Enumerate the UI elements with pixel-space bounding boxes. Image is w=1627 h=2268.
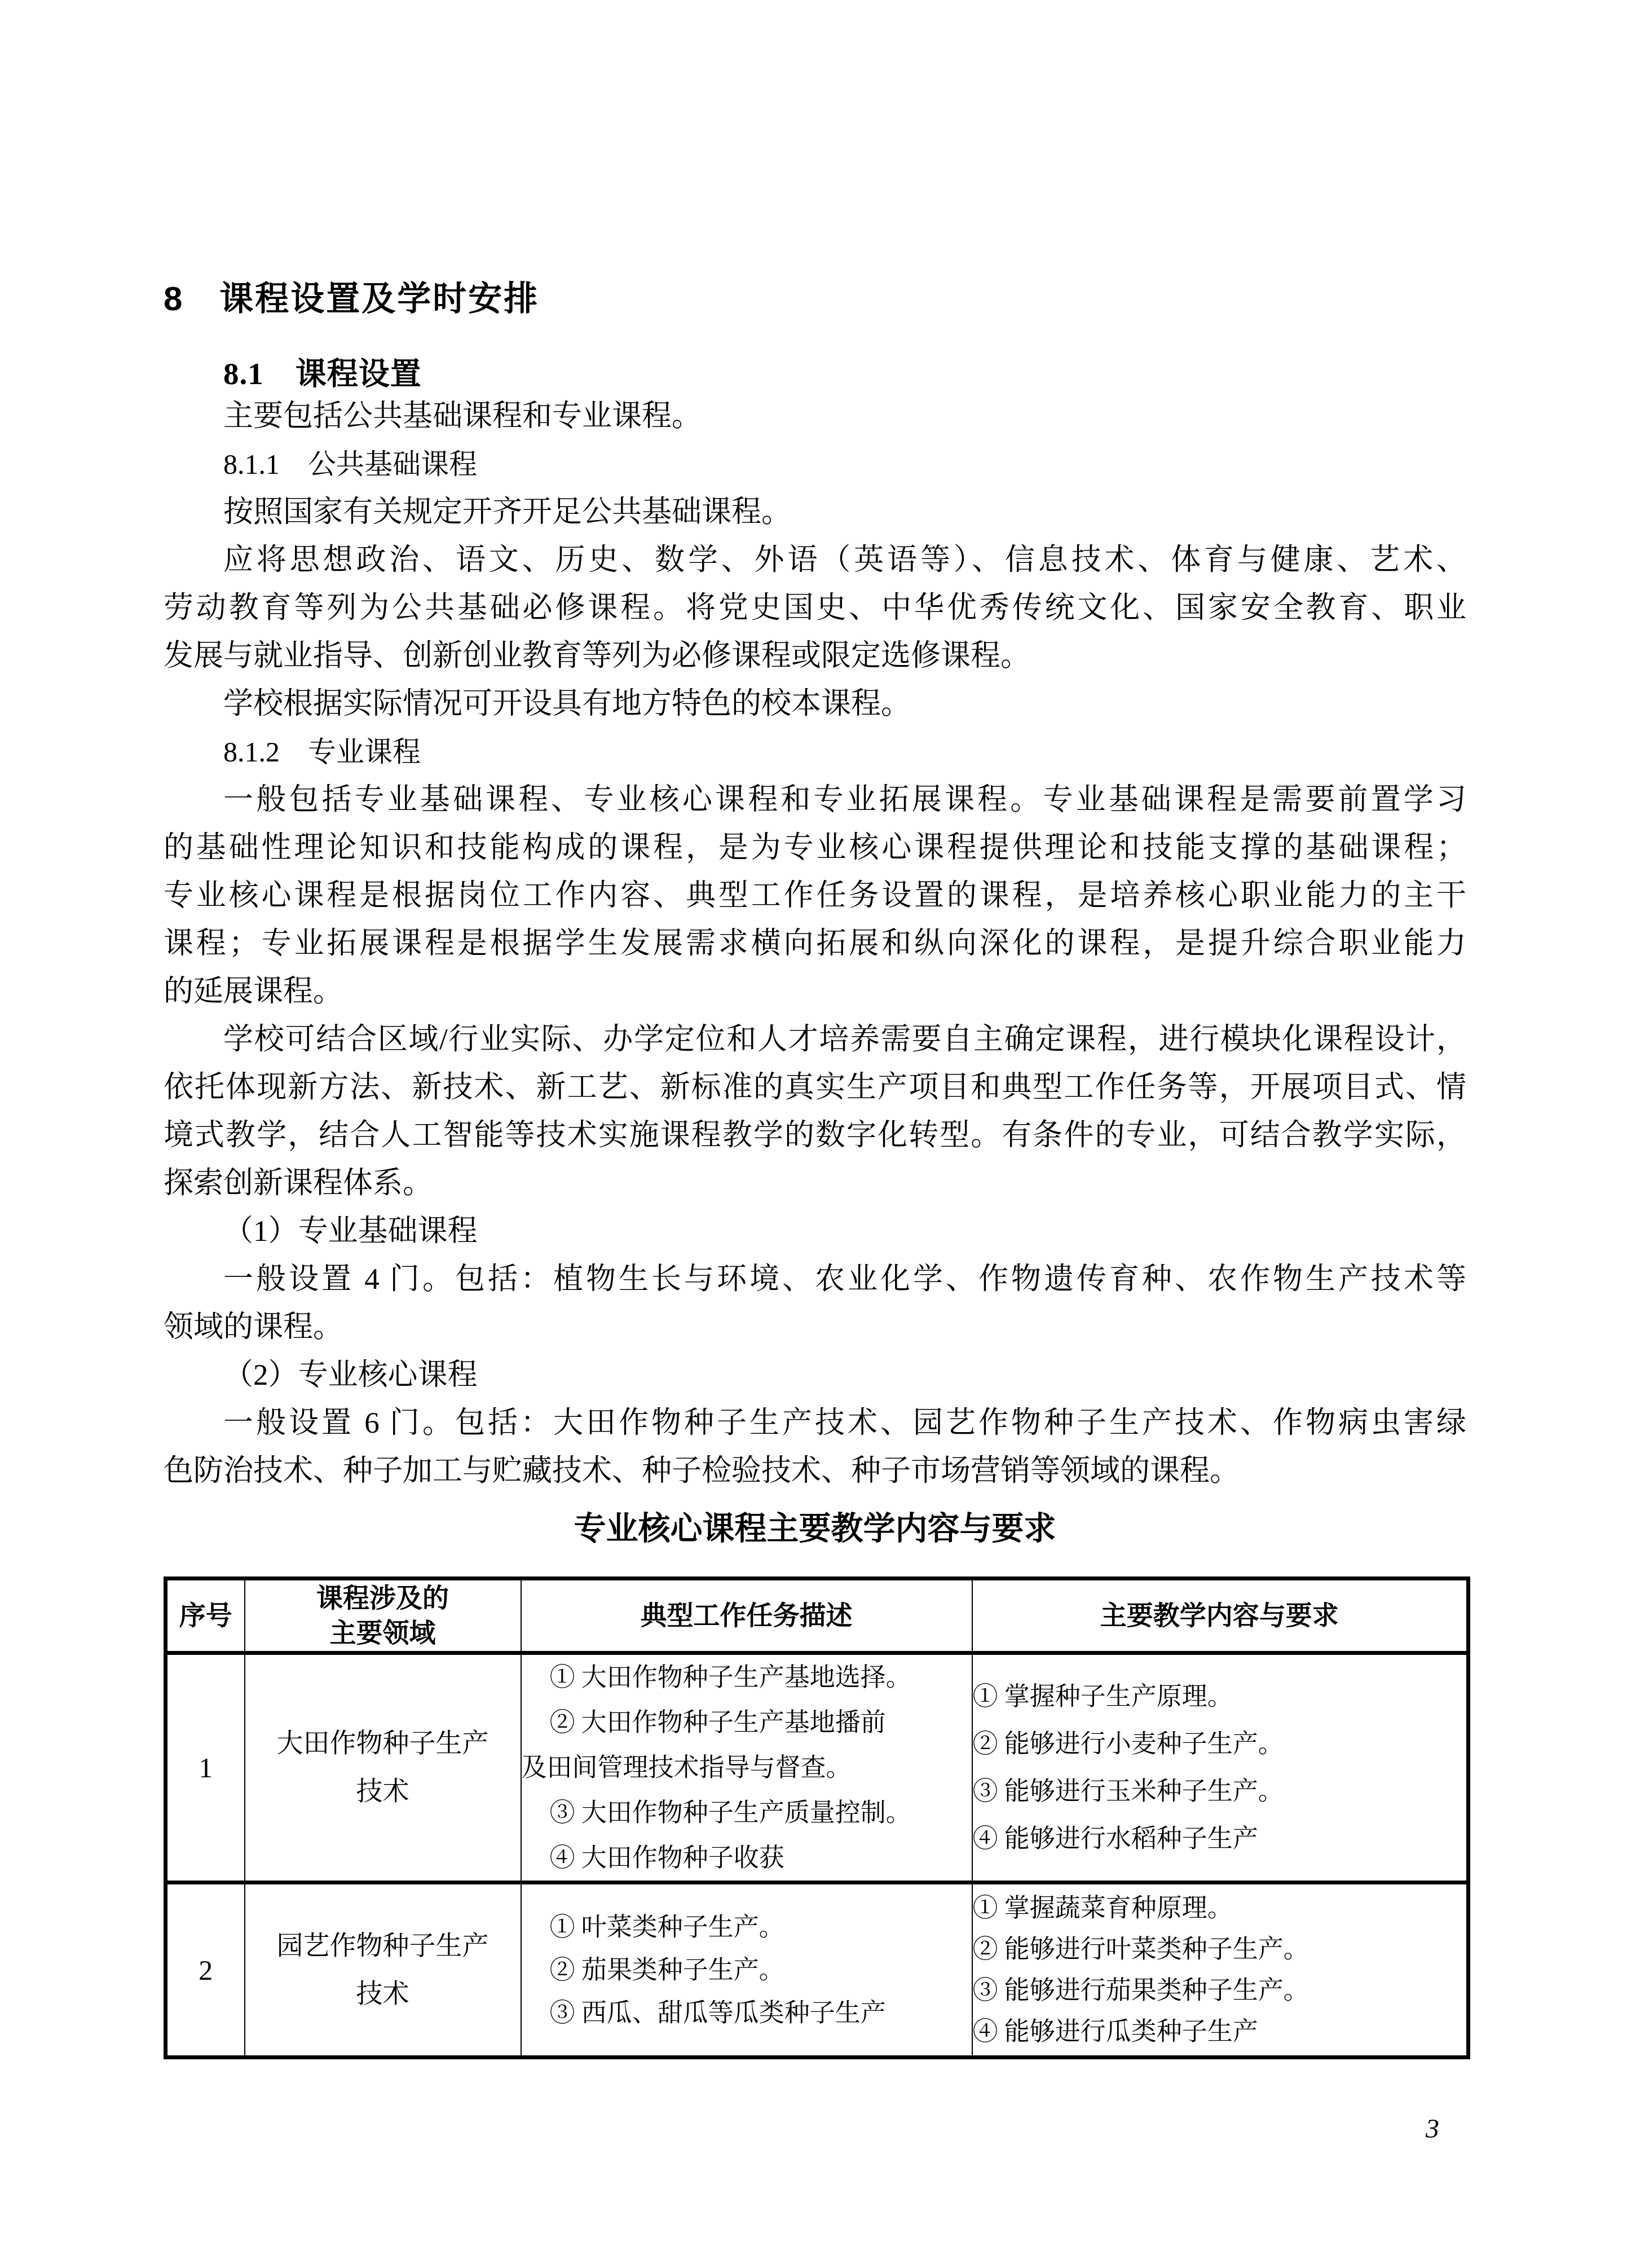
task-item: ③ 西瓜、甜瓜等瓜类种子生产 (522, 1992, 972, 2034)
paragraph-line: 应将思想政治、语文、历史、数学、外语（英语等）、信息技术、体育与健康、艺术、 (164, 536, 1466, 584)
row-domain: 园艺作物种子生产 技术 (245, 1883, 521, 2058)
core-course-table: 序号 课程涉及的 主要领域 典型工作任务描述 主要教学内容与要求 1 大田作物种… (164, 1576, 1470, 2059)
row-requirements: ① 掌握蔬菜育种原理。 ② 能够进行叶菜类种子生产。 ③ 能够进行茄果类种子生产… (972, 1883, 1469, 2058)
requirement-item: ③ 能够进行玉米种子生产。 (973, 1768, 1467, 1815)
page-number: 3 (1426, 2112, 1439, 2146)
table-header-row: 序号 课程涉及的 主要领域 典型工作任务描述 主要教学内容与要求 (166, 1579, 1469, 1653)
header-domain-line1: 课程涉及的 (245, 1581, 521, 1616)
row-domain-line1: 园艺作物种子生产 (245, 1922, 521, 1970)
paragraph-line: 课程；专业拓展课程是根据学生发展需求横向拓展和纵向深化的课程，是提升综合职业能力 (164, 920, 1466, 968)
page-content: 8 课程设置及学时安排 8.1 课程设置 主要包括公共基础课程和专业课程。 8.… (164, 280, 1466, 2059)
table-row: 1 大田作物种子生产 技术 ① 大田作物种子生产基地选择。 ② 大田作物种子生产… (166, 1653, 1469, 1883)
task-item-continuation: 及田间管理技术指导与督查。 (522, 1745, 972, 1790)
document-page: { "content": { "lines": [ "8 课程设置及学时安排",… (0, 0, 1627, 2268)
requirement-item: ① 掌握蔬菜育种原理。 (973, 1888, 1467, 1929)
requirement-item: ④ 能够进行瓜类种子生产 (973, 2011, 1467, 2053)
header-cell-requirements: 主要教学内容与要求 (972, 1579, 1469, 1653)
paragraph-line: 学校可结合区域/行业实际、办学定位和人才培养需要自主确定课程，进行模块化课程设计… (164, 1016, 1466, 1064)
subsection-heading-811: 8.1.1 公共基础课程 (164, 441, 1466, 488)
requirement-item: ① 掌握种子生产原理。 (973, 1673, 1467, 1720)
task-item: ④ 大田作物种子收获 (522, 1835, 972, 1881)
subsection-heading-812: 8.1.2 专业课程 (164, 728, 1466, 776)
header-domain-line2: 主要领域 (245, 1616, 521, 1651)
requirement-item: ③ 能够进行茄果类种子生产。 (973, 1970, 1467, 2011)
chapter-heading: 8 课程设置及学时安排 (164, 280, 1466, 318)
paragraph-line: 的延展课程。 (164, 968, 1466, 1016)
list-heading-basic-courses: （1）专业基础课程 (164, 1208, 1466, 1256)
paragraph-line: 探索创新课程体系。 (164, 1160, 1466, 1208)
header-cell-domain: 课程涉及的 主要领域 (245, 1579, 521, 1653)
table-title: 专业核心课程主要教学内容与要求 (164, 1505, 1466, 1552)
paragraph-line: 依托体现新方法、新技术、新工艺、新标准的真实生产项目和典型工作任务等，开展项目式… (164, 1064, 1466, 1112)
row-requirements: ① 掌握种子生产原理。 ② 能够进行小麦种子生产。 ③ 能够进行玉米种子生产。 … (972, 1653, 1469, 1883)
row-number: 2 (166, 1883, 245, 2058)
header-cell-number: 序号 (166, 1579, 245, 1653)
requirement-item: ④ 能够进行水稻种子生产 (973, 1815, 1467, 1862)
table-row: 2 园艺作物种子生产 技术 ① 叶菜类种子生产。 ② 茄果类种子生产。 ③ 西瓜… (166, 1883, 1469, 2058)
task-item: ② 大田作物种子生产基地播前 (522, 1700, 972, 1745)
row-tasks: ① 叶菜类种子生产。 ② 茄果类种子生产。 ③ 西瓜、甜瓜等瓜类种子生产 (521, 1883, 972, 2058)
paragraph-line: 一般设置 4 门。包括：植物生长与环境、农业化学、作物遗传育种、农作物生产技术等 (164, 1256, 1466, 1303)
task-item: ① 叶菜类种子生产。 (522, 1906, 972, 1949)
paragraph-line: 一般设置 6 门。包括：大田作物种子生产技术、园艺作物种子生产技术、作物病虫害绿 (164, 1399, 1466, 1447)
row-domain: 大田作物种子生产 技术 (245, 1653, 521, 1883)
paragraph-line: 按照国家有关规定开齐开足公共基础课程。 (164, 488, 1466, 536)
paragraph-line: 色防治技术、种子加工与贮藏技术、种子检验技术、种子市场营销等领域的课程。 (164, 1447, 1466, 1495)
row-domain-line1: 大田作物种子生产 (245, 1720, 521, 1768)
requirement-item: ② 能够进行小麦种子生产。 (973, 1720, 1467, 1768)
list-heading-core-courses: （2）专业核心课程 (164, 1351, 1466, 1399)
paragraph-line: 一般包括专业基础课程、专业核心课程和专业拓展课程。专业基础课程是需要前置学习 (164, 776, 1466, 824)
paragraph-line: 专业核心课程是根据岗位工作内容、典型工作任务设置的课程，是培养核心职业能力的主干 (164, 872, 1466, 920)
paragraph-line: 学校根据实际情况可开设具有地方特色的校本课程。 (164, 680, 1466, 728)
task-item: ① 大田作物种子生产基地选择。 (522, 1655, 972, 1700)
requirement-item: ② 能够进行叶菜类种子生产。 (973, 1929, 1467, 1970)
row-number: 1 (166, 1653, 245, 1883)
header-cell-tasks: 典型工作任务描述 (521, 1579, 972, 1653)
row-domain-line2: 技术 (245, 1970, 521, 2018)
paragraph-line: 领域的课程。 (164, 1303, 1466, 1351)
paragraph-line: 的基础性理论知识和技能构成的课程，是为专业核心课程提供理论和技能支撑的基础课程； (164, 824, 1466, 872)
paragraph-line: 发展与就业指导、创新创业教育等列为必修课程或限定选修课程。 (164, 632, 1466, 680)
row-tasks: ① 大田作物种子生产基地选择。 ② 大田作物种子生产基地播前 及田间管理技术指导… (521, 1653, 972, 1883)
paragraph-line: 劳动教育等列为公共基础必修课程。将党史国史、中华优秀传统文化、国家安全教育、职业 (164, 584, 1466, 632)
task-item: ② 茄果类种子生产。 (522, 1949, 972, 1992)
row-domain-line2: 技术 (245, 1768, 521, 1816)
paragraph-line: 境式教学，结合人工智能等技术实施课程教学的数字化转型。有条件的专业，可结合教学实… (164, 1112, 1466, 1160)
task-item: ③ 大田作物种子生产质量控制。 (522, 1790, 972, 1835)
section-heading-8-1: 8.1 课程设置 (164, 355, 1466, 393)
paragraph-line: 主要包括公共基础课程和专业课程。 (164, 393, 1466, 441)
